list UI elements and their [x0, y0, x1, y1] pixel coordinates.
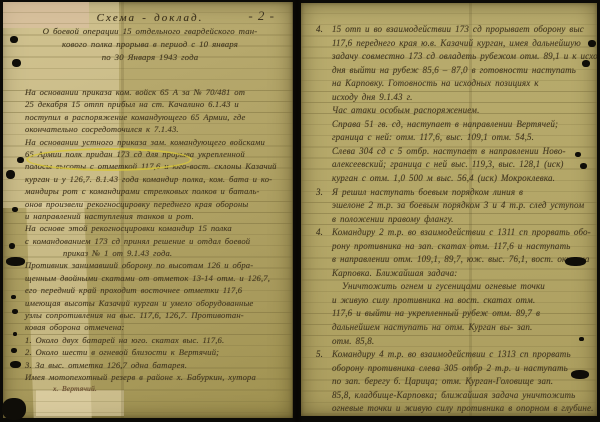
- paper-speck: [12, 309, 18, 314]
- paper-speck: [6, 257, 25, 266]
- text-line: задачу совместно 173 сд овладеть рубежом…: [332, 50, 590, 64]
- text-line: окончательно сосредоточился к 7.1.43.: [25, 123, 287, 135]
- text-line-content: Противник занимавший оборону по высотам …: [25, 260, 253, 270]
- item-marker: 4.: [316, 23, 323, 37]
- text-line-content: мандиры рот с командирами стрелковых пол…: [25, 186, 260, 196]
- text-line: в положении правому флангу.: [332, 213, 590, 227]
- text-line-content: На основании устного приказа зам. команд…: [25, 137, 265, 147]
- title-line: Схема - доклад.: [25, 12, 275, 25]
- text-line-content: Карповка. Ближайшая задача:: [332, 268, 457, 278]
- text-line-content: приказ № 1 от 9.1.43 года.: [63, 248, 172, 258]
- paper-speck: [17, 157, 24, 163]
- text-line: 1. Около двух батарей на юго. скатах выс…: [25, 334, 287, 346]
- text-line-content: поступил в распоряжение командующего 65 …: [25, 112, 245, 122]
- text-line: исходу дня 9.1.43 г.: [332, 91, 590, 105]
- right-page-text: 4.15 отп и во взаимодействии 173 сд прор…: [332, 23, 590, 416]
- text-line-content: окончательно сосредоточился к 7.1.43.: [25, 124, 179, 134]
- text-line-content: щенным двойными скатами от отметок 13-14…: [25, 273, 270, 283]
- text-line-content: Уничтожить огнем и гусеницами огневые то…: [342, 281, 545, 291]
- text-line-content: 117,6 переднего края ю.в. Казачий курган…: [332, 38, 581, 48]
- text-line: 85,8, кладбище-Карповка; ближайшая задач…: [332, 389, 590, 403]
- text-line: 3. За выс. отметка 126,7 одна батарея.: [25, 359, 287, 371]
- text-line-content: алексеевский; граница с ней выс. 119,3, …: [332, 159, 564, 169]
- text-line: х. Вертячий.: [25, 383, 287, 395]
- paper-speck: [11, 348, 17, 353]
- text-line-content: На основе этой рекогносцировки командир …: [25, 223, 232, 233]
- text-line: Противник занимавший оборону по высотам …: [25, 259, 287, 271]
- text-line: онов произвели рекогносцировку переднего…: [25, 198, 287, 210]
- text-line: Справа 51 гв. сд, наступает в направлени…: [332, 118, 590, 132]
- text-line-content: курган и у 126,7. 8.1.43 года командир п…: [25, 174, 272, 184]
- text-line-content: Справа 51 гв. сд, наступает в направлени…: [332, 119, 558, 129]
- text-line: 5.Командиру 4 т.р. во взаимодействии с 1…: [332, 348, 590, 362]
- text-line-content: узлы сопротивления на выс. 117,6, 126,7.…: [25, 310, 244, 320]
- text-line-content: и направлений наступления танков и рот.: [25, 211, 194, 221]
- text-line: На основе этой рекогносцировки командир …: [25, 222, 287, 234]
- text-line-content: 15 отп и во взаимодействии 173 сд прорыв…: [332, 24, 584, 34]
- paper-speck: [580, 163, 587, 169]
- text-line: дня выйти на рубеж 85,6 – 87,0 в готовно…: [332, 64, 590, 78]
- text-line-content: задачу совместно 173 сд овладеть рубежом…: [332, 51, 597, 61]
- text-line: щенным двойными скатами от отметок 13-14…: [25, 272, 287, 284]
- paper-speck: [565, 257, 586, 266]
- text-line: Уничтожить огнем и гусеницами огневые то…: [332, 280, 590, 294]
- paper-speck: [11, 295, 16, 299]
- paper-speck: [2, 398, 26, 420]
- item-marker: 5.: [316, 348, 323, 362]
- paper-speck: [10, 36, 18, 43]
- left-page: - 2 - Схема - доклад.О боевой операции 1…: [3, 2, 293, 418]
- text-line-content: дня выйти на рубеж 85,6 – 87,0 в готовно…: [332, 65, 576, 75]
- text-line: мандиры рот с командирами стрелковых пол…: [25, 185, 287, 197]
- text-line-content: Слева 304 сд с 5 отбр. наступает в напра…: [332, 146, 566, 156]
- right-page: 4.15 отп и во взаимодействии 173 сд прор…: [301, 3, 597, 416]
- text-line: отм. 85,8.: [332, 335, 590, 349]
- text-line: 4.15 отп и во взаимодействии 173 сд прор…: [332, 23, 590, 37]
- text-line-content: рону противника на зап. скатах отм. 117,…: [332, 241, 570, 251]
- text-line-content: 1. Около двух батарей на юго. скатах выс…: [25, 335, 224, 345]
- title-line: О боевой операции 15 отдельного гвардейс…: [25, 25, 275, 38]
- paper-speck: [588, 40, 596, 47]
- text-line-content: 3. За выс. отметка 126,7 одна батарея.: [25, 360, 187, 370]
- text-line-content: с командованием 173 сд принял решение и …: [25, 236, 250, 246]
- text-line-content: имеющая высоты Казачий курган и умело об…: [25, 298, 253, 308]
- text-line: 117,6 и выйти на укрепленный рубеж отм. …: [332, 307, 590, 321]
- text-line: его передний край проходит восточнее отм…: [25, 284, 287, 296]
- title-line: по 30 Января 1943 года: [25, 51, 275, 64]
- text-line-content: 117,6 и выйти на укрепленный рубеж отм. …: [332, 308, 540, 318]
- left-page-text: На основании приказа ком. войск 65 А за …: [25, 86, 287, 396]
- text-line: Час атаки особым распоряжением.: [332, 104, 590, 118]
- text-line-content: исходу дня 9.1.43 г.: [332, 92, 413, 102]
- text-line-content: ковая оборона отмечена:: [25, 322, 125, 332]
- text-line-content: 25 декабря 15 отпп прибыл на ст. Качалин…: [25, 99, 239, 109]
- text-line: 25 декабря 15 отпп прибыл на ст. Качалин…: [25, 98, 287, 110]
- paper-speck: [582, 60, 590, 67]
- text-line: узлы сопротивления на выс. 117,6, 126,7.…: [25, 309, 287, 321]
- text-line-content: Имея мотопехотный резерв в районе х. Баб…: [25, 372, 256, 382]
- text-line-content: Командиру 4 т.р. во взаимодействии с 131…: [332, 349, 571, 359]
- text-line: с командованием 173 сд принял решение и …: [25, 235, 287, 247]
- text-line: На основании устного приказа зам. команд…: [25, 136, 287, 148]
- document-title: Схема - доклад.О боевой операции 15 отде…: [25, 12, 275, 64]
- text-line: и направлений наступления танков и рот.: [25, 210, 287, 222]
- text-line: полосы высоты с отметкой 117,6 и юго-вос…: [25, 160, 287, 172]
- text-line: граница с ней: отм. 117,6, выс. 109,1 от…: [332, 131, 590, 145]
- text-line: На основании приказа ком. войск 65 А за …: [25, 86, 287, 98]
- text-line-content: 65 Армии полк придан 173 сд для прорыва …: [25, 149, 245, 159]
- text-line: имеющая высоты Казачий курган и умело об…: [25, 297, 287, 309]
- text-line-content: Час атаки особым распоряжением.: [332, 105, 479, 115]
- text-line: на Карповку. Готовность на исходных пози…: [332, 77, 590, 91]
- text-line-content: полосы высоты с отметкой 117,6 и юго-вос…: [25, 161, 277, 171]
- text-line: поступил в распоряжение командующего 65 …: [25, 111, 287, 123]
- title-line: кового полка прорыва в период с 10 январ…: [25, 38, 275, 51]
- scanned-document: - 2 - Схема - доклад.О боевой операции 1…: [0, 0, 600, 422]
- text-line: эшелоне 2 т.р. за боевым порядком 3 и 4 …: [332, 199, 590, 213]
- text-line-content: курган с отм. 1,0 500 м выс. 56,4 (иск) …: [332, 173, 555, 183]
- paper-speck: [13, 332, 17, 336]
- text-line: 2. Около шести в огневой близости к Верт…: [25, 346, 287, 358]
- text-line: 117,6 переднего края ю.в. Казачий курган…: [332, 37, 590, 51]
- paper-speck: [579, 337, 584, 341]
- text-line-content: оборону противника слева 305 отбр 2 т.р.…: [332, 363, 568, 373]
- text-line-content: на Карповку. Готовность на исходных пози…: [332, 78, 539, 88]
- text-line: рону противника на зап. скатах отм. 117,…: [332, 240, 590, 254]
- item-marker: 4.: [316, 226, 323, 240]
- text-line-content: дальнейшем наступать на отм. Курган вы- …: [332, 322, 532, 332]
- text-line: приказ № 1 от 9.1.43 года.: [25, 247, 287, 259]
- text-line-content: его передний край проходит восточнее отм…: [25, 285, 242, 295]
- text-line: и живую силу противника на вост. скатах …: [332, 294, 590, 308]
- text-line-content: 2. Около шести в огневой близости к Верт…: [25, 347, 219, 357]
- text-line-content: 85,8, кладбище-Карповка; ближайшая задач…: [332, 390, 575, 400]
- text-line: 65 Армии полк придан 173 сд для прорыва …: [25, 148, 287, 160]
- text-line: 4.Командиру 2 т.р. во взаимодействии с 1…: [332, 226, 590, 240]
- text-line: огневые точки и живую силу противника в …: [332, 402, 590, 416]
- text-line: оборону противника слева 305 отбр 2 т.р.…: [332, 362, 590, 376]
- text-line-content: отм. 85,8.: [332, 336, 374, 346]
- text-line: дальнейшем наступать на отм. Курган вы- …: [332, 321, 590, 335]
- text-line: 3.Я решил наступать боевым порядком лини…: [332, 186, 590, 200]
- paper-speck: [12, 207, 18, 212]
- text-line-content: эшелоне 2 т.р. за боевым порядком 3 и 4 …: [332, 200, 584, 210]
- text-line-content: граница с ней: отм. 117,6, выс. 109,1 от…: [332, 132, 534, 142]
- text-line-content: и живую силу противника на вост. скатах …: [332, 295, 535, 305]
- text-line: Карповка. Ближайшая задача:: [332, 267, 590, 281]
- text-line-content: в положении правому флангу.: [332, 214, 454, 224]
- text-line-content: Командиру 2 т.р. во взаимодействии с 131…: [332, 227, 591, 237]
- text-line: по зап. берегу б. Царица; отм. Курган-Го…: [332, 375, 590, 389]
- text-line-content: в направлении отм. 109,1, 89,7, юж. выс.…: [332, 254, 590, 264]
- item-marker: 3.: [316, 186, 323, 200]
- paper-speck: [10, 361, 21, 368]
- text-line: в направлении отм. 109,1, 89,7, юж. выс.…: [332, 253, 590, 267]
- paper-speck: [571, 370, 589, 379]
- text-line: алексеевский; граница с ней выс. 119,3, …: [332, 158, 590, 172]
- text-line: ковая оборона отмечена:: [25, 321, 287, 333]
- text-line-content: х. Вертячий.: [53, 384, 97, 393]
- text-line-content: Я решил наступать боевым порядком линия …: [332, 187, 523, 197]
- text-line-content: На основании приказа ком. войск 65 А за …: [25, 87, 245, 97]
- text-line: курган и у 126,7. 8.1.43 года командир п…: [25, 173, 287, 185]
- paper-speck: [575, 152, 581, 157]
- text-line: Имея мотопехотный резерв в районе х. Баб…: [25, 371, 287, 383]
- text-line: Слева 304 сд с 5 отбр. наступает в напра…: [332, 145, 590, 159]
- text-line-content: огневые точки и живую силу противника в …: [332, 403, 594, 413]
- text-line-content: по зап. берегу б. Царица; отм. Курган-Го…: [332, 376, 553, 386]
- paper-speck: [12, 59, 21, 67]
- text-line-content: онов произвели рекогносцировку переднего…: [25, 199, 248, 209]
- paper-speck: [6, 170, 15, 179]
- text-line: курган с отм. 1,0 500 м выс. 56,4 (иск) …: [332, 172, 590, 186]
- paper-speck: [9, 243, 15, 249]
